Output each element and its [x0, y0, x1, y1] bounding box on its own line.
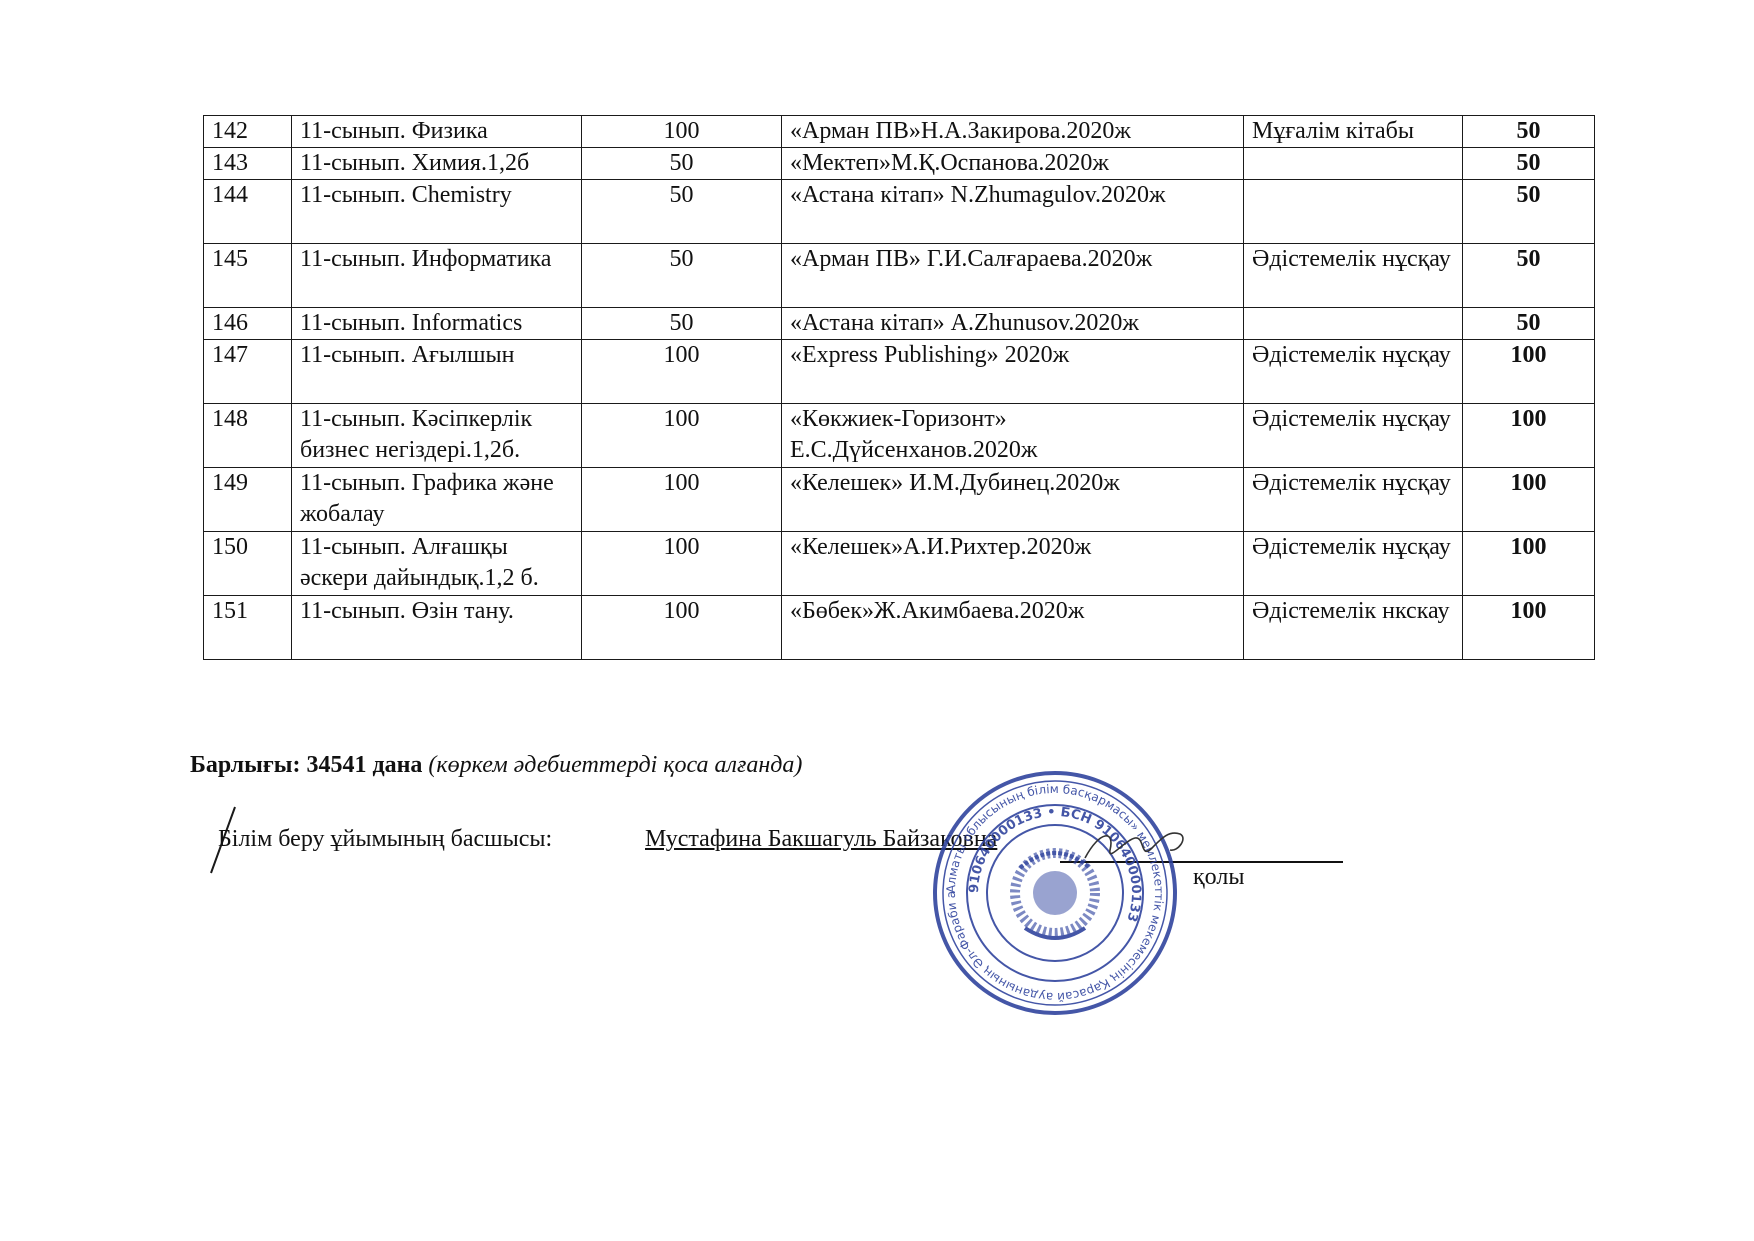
book-quantity: 50	[582, 244, 782, 308]
table-row: 14311-сынып. Химия.1,2б50«Мектеп»М.Қ.Осп…	[204, 148, 1595, 180]
publisher-author: «Бөбек»Ж.Акимбаева.2020ж	[782, 596, 1244, 660]
book-title: 11-сынып. Графика және жобалау	[292, 468, 582, 532]
head-label: Білім беру ұйымының басшысы:	[218, 826, 552, 852]
book-quantity: 50	[582, 148, 782, 180]
publisher-author: «Келешек»А.И.Рихтер.2020ж	[782, 532, 1244, 596]
row-number: 148	[204, 404, 292, 468]
teacher-guide: Әдістемелік нұсқау	[1244, 532, 1463, 596]
row-number: 145	[204, 244, 292, 308]
row-number: 151	[204, 596, 292, 660]
textbook-table: 14211-сынып. Физика100«Арман ПВ»Н.А.Заки…	[203, 115, 1595, 660]
row-number: 147	[204, 340, 292, 404]
table-row: 14711-сынып. Ағылшын100«Express Publishi…	[204, 340, 1595, 404]
guide-quantity: 50	[1463, 244, 1595, 308]
teacher-guide	[1244, 308, 1463, 340]
table-row: 14411-сынып. Chemistry50«Астана кітап» N…	[204, 180, 1595, 244]
guide-quantity: 50	[1463, 180, 1595, 244]
book-title: 11-сынып. Физика	[292, 116, 582, 148]
row-number: 149	[204, 468, 292, 532]
book-title: 11-сынып. Өзін тану.	[292, 596, 582, 660]
publisher-author: «Арман ПВ»Н.А.Закирова.2020ж	[782, 116, 1244, 148]
official-stamp-icon: Алматы облысының білім басқармасы» мемле…	[930, 768, 1180, 1018]
head-signature-row: Білім беру ұйымының басшысы: Мустафина Б…	[218, 826, 552, 853]
publisher-author: «Келешек» И.М.Дубинец.2020ж	[782, 468, 1244, 532]
row-number: 150	[204, 532, 292, 596]
total-label: Барлығы: 34541 дана	[190, 752, 422, 778]
table-row: 14611-сынып. Informatics50«Астана кітап»…	[204, 308, 1595, 340]
guide-quantity: 100	[1463, 340, 1595, 404]
guide-quantity: 50	[1463, 308, 1595, 340]
table-row: 15011-сынып. Алғашқы әскери дайындық.1,2…	[204, 532, 1595, 596]
guide-quantity: 50	[1463, 116, 1595, 148]
teacher-guide: Әдістемелік нкскау	[1244, 596, 1463, 660]
publisher-author: «Арман ПВ» Г.И.Салғараева.2020ж	[782, 244, 1244, 308]
book-quantity: 50	[582, 180, 782, 244]
row-number: 142	[204, 116, 292, 148]
publisher-author: «Express Publishing» 2020ж	[782, 340, 1244, 404]
table-row: 14211-сынып. Физика100«Арман ПВ»Н.А.Заки…	[204, 116, 1595, 148]
guide-quantity: 100	[1463, 532, 1595, 596]
guide-quantity: 100	[1463, 596, 1595, 660]
book-quantity: 100	[582, 532, 782, 596]
document-page: 14211-сынып. Физика100«Арман ПВ»Н.А.Заки…	[0, 0, 1754, 1241]
row-number: 144	[204, 180, 292, 244]
book-title: 11-сынып. Ағылшын	[292, 340, 582, 404]
signature-label: қолы	[1193, 864, 1244, 891]
publisher-author: «Астана кітап» A.Zhunusov.2020ж	[782, 308, 1244, 340]
row-number: 143	[204, 148, 292, 180]
total-note: (көркем әдебиеттерді қоса алғанда)	[428, 752, 802, 778]
table-row: 14811-сынып. Кәсіпкерлік бизнес негіздер…	[204, 404, 1595, 468]
guide-quantity: 100	[1463, 468, 1595, 532]
book-quantity: 50	[582, 308, 782, 340]
table-body: 14211-сынып. Физика100«Арман ПВ»Н.А.Заки…	[204, 116, 1595, 660]
book-quantity: 100	[582, 404, 782, 468]
teacher-guide: Әдістемелік нұсқау	[1244, 404, 1463, 468]
teacher-guide: Мұғалім кітабы	[1244, 116, 1463, 148]
guide-quantity: 100	[1463, 404, 1595, 468]
table-row: 14911-сынып. Графика және жобалау100«Кел…	[204, 468, 1595, 532]
total-summary: Барлығы: 34541 дана (көркем әдебиеттерді…	[190, 752, 802, 779]
row-number: 146	[204, 308, 292, 340]
publisher-author: «Мектеп»М.Қ.Оспанова.2020ж	[782, 148, 1244, 180]
book-title: 11-сынып. Кәсіпкерлік бизнес негіздері.1…	[292, 404, 582, 468]
publisher-author: «Көкжиек-Горизонт» Е.С.Дүйсенханов.2020ж	[782, 404, 1244, 468]
book-title: 11-сынып. Химия.1,2б	[292, 148, 582, 180]
teacher-guide: Әдістемелік нұсқау	[1244, 468, 1463, 532]
book-quantity: 100	[582, 116, 782, 148]
publisher-author: «Астана кітап» N.Zhumagulov.2020ж	[782, 180, 1244, 244]
teacher-guide	[1244, 180, 1463, 244]
book-quantity: 100	[582, 340, 782, 404]
book-title: 11-сынып. Chemistry	[292, 180, 582, 244]
table-row: 15111-сынып. Өзін тану.100«Бөбек»Ж.Акимб…	[204, 596, 1595, 660]
book-title: 11-сынып. Informatics	[292, 308, 582, 340]
table-row: 14511-сынып. Информатика50«Арман ПВ» Г.И…	[204, 244, 1595, 308]
book-title: 11-сынып. Алғашқы әскери дайындық.1,2 б.	[292, 532, 582, 596]
handwritten-signature-icon	[1080, 820, 1190, 870]
book-title: 11-сынып. Информатика	[292, 244, 582, 308]
teacher-guide: Әдістемелік нұсқау	[1244, 340, 1463, 404]
teacher-guide: Әдістемелік нұсқау	[1244, 244, 1463, 308]
book-quantity: 100	[582, 468, 782, 532]
guide-quantity: 50	[1463, 148, 1595, 180]
teacher-guide	[1244, 148, 1463, 180]
book-quantity: 100	[582, 596, 782, 660]
